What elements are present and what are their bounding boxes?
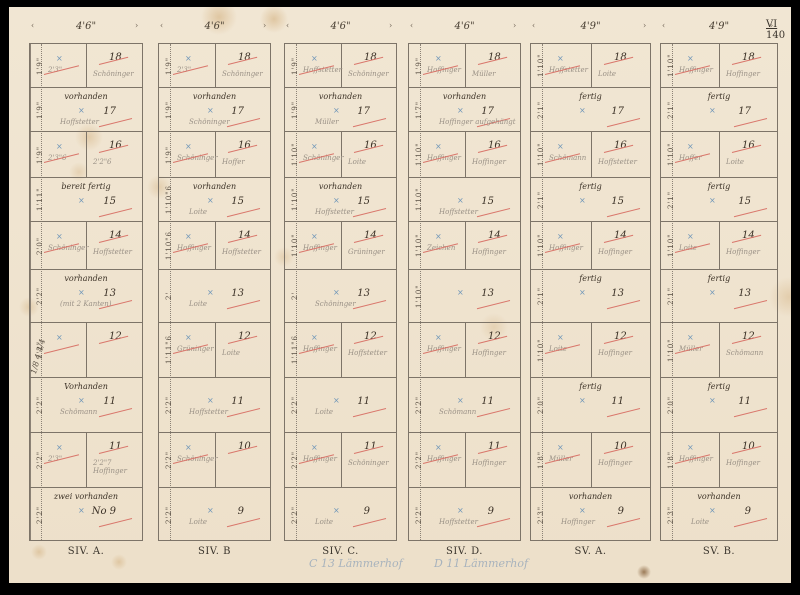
cell-right: 18Müller <box>464 44 520 87</box>
check-cross-icon: × <box>311 232 318 241</box>
cell-pencil-note: Schömann <box>726 349 763 357</box>
cell-pencil-note: Hoffinger <box>679 66 713 74</box>
check-cross-icon: × <box>185 142 192 151</box>
cell-pencil-note: Schöninger <box>222 70 263 78</box>
cell-left: Hoffinger× <box>409 132 466 177</box>
cell-full: vorhanden17×Hoffinger aufgehängt <box>409 88 520 131</box>
schedule-row: 2'2"zwei vorhandenNo 9× <box>30 488 142 542</box>
schedule-row: 2'2"×12 <box>30 323 142 378</box>
check-cross-icon: × <box>311 443 318 452</box>
status-note: fertig <box>661 274 777 283</box>
status-note: fertig <box>661 92 777 101</box>
status-note: bereit fertig <box>30 182 142 191</box>
cell-right: 16Hoffstetter <box>590 132 650 177</box>
check-cross-icon: × <box>333 396 340 405</box>
window-number: 15 <box>481 196 494 207</box>
cell-full: Vorhanden11×Schömann <box>30 378 142 432</box>
schedule-row: 1'10"Hoffinger×18Hoffinger <box>661 44 777 88</box>
check-cross-icon: × <box>709 106 716 115</box>
cell-pencil-note: Hoffinger <box>427 345 461 353</box>
check-cross-icon: × <box>709 196 716 205</box>
status-note: vorhanden <box>30 92 142 101</box>
red-strike-mark <box>734 300 767 309</box>
cell-pencil-note: Hoffstetter <box>60 118 99 126</box>
cell-right: 10Hoffinger <box>590 433 650 487</box>
check-cross-icon: × <box>207 506 214 515</box>
check-cross-icon: × <box>56 232 63 241</box>
status-note: vorhanden <box>285 92 396 101</box>
schedule-row: 2'13×Schöninger <box>285 270 396 323</box>
cell-pencil-note: Schöninger <box>348 459 389 467</box>
check-cross-icon: × <box>333 288 340 297</box>
schedule-row: 2'2"Schöninger×10 <box>159 433 270 488</box>
cell-right: 12Hoffinger <box>590 323 650 377</box>
window-number: 17 <box>738 106 751 117</box>
status-note: vorhanden <box>661 492 777 501</box>
cell-pencil-note: Hoffinger <box>726 248 760 256</box>
cell-pencil-note: Hoffinger <box>303 455 337 463</box>
cell-pencil-note: Hoffinger <box>472 248 506 256</box>
check-cross-icon: × <box>56 142 63 151</box>
check-cross-icon: × <box>56 443 63 452</box>
dimension-arrow-right-icon: › <box>263 21 266 30</box>
check-cross-icon: × <box>185 443 192 452</box>
column-6: 1'10"Hoffinger×18Hoffinger2'1"fertig17×1… <box>660 43 778 541</box>
cell-pencil-note: Loite <box>222 349 240 357</box>
cell-left: Müller× <box>531 433 592 487</box>
red-strike-mark <box>99 118 132 127</box>
cell-left: Hoffinger× <box>285 222 342 269</box>
cell-full: 13×Loite <box>159 270 270 322</box>
window-number: 13 <box>611 288 624 299</box>
cell-full: fertig13× <box>531 270 650 322</box>
check-cross-icon: × <box>557 142 564 151</box>
schedule-row: 2'0"fertig11× <box>661 378 777 433</box>
schedule-row: 1'10"13× <box>409 270 520 323</box>
cell-left: Schöninger× <box>285 132 342 177</box>
column-2: 1'9"2'3"×18Schöninger1'9"vorhanden17×Sch… <box>158 43 271 541</box>
cell-pencil-note: Hoffstetter <box>439 518 478 526</box>
schedule-row: 2'1"fertig15× <box>531 178 650 222</box>
bottom-pencil-note-1: C 13 Lämmerhof <box>309 557 403 570</box>
cell-left: Hoffinger× <box>285 433 342 487</box>
window-number: 11 <box>357 396 370 407</box>
check-cross-icon: × <box>311 54 318 63</box>
column-label: SIV. D. <box>408 546 521 557</box>
red-strike-mark <box>477 300 510 309</box>
schedule-row: 2'2"2'3"×112'2"7 Hoffinger <box>30 433 142 488</box>
cell-pencil-note: Hoffinger <box>549 244 583 252</box>
cell-pencil-note: Müller <box>472 70 496 78</box>
check-cross-icon: × <box>457 396 464 405</box>
red-strike-mark <box>607 300 640 309</box>
red-strike-mark <box>99 518 132 527</box>
cell-right: 14Hoffstetter <box>214 222 270 269</box>
schedule-row: 2'13×Loite <box>159 270 270 323</box>
cell-full: fertig13× <box>661 270 777 322</box>
column-width-dimension: 4'6" <box>455 21 475 32</box>
cell-pencil-note: Schöninger <box>189 118 230 126</box>
check-cross-icon: × <box>207 106 214 115</box>
cell-left: Schöninger× <box>30 222 87 269</box>
schedule-row: 2'1"fertig17× <box>531 88 650 132</box>
check-cross-icon: × <box>709 396 716 405</box>
column-width-dimension: 4'9" <box>581 21 601 32</box>
cell-left: Hoffinger× <box>531 222 592 269</box>
cell-right: 162'2"6 <box>85 132 142 177</box>
cell-pencil-note: Loite <box>598 70 616 78</box>
cell-right: 10Hoffinger <box>718 433 777 487</box>
red-strike-mark <box>734 118 767 127</box>
column-label: SV. A. <box>530 546 651 557</box>
bottom-pencil-note-2: D 11 Lämmerhof <box>434 557 528 570</box>
status-note: Vorhanden <box>30 382 142 391</box>
schedule-row: 1'10"6vorhanden15×Loite <box>159 178 270 222</box>
cell-full: 15×Hoffstetter <box>409 178 520 221</box>
check-cross-icon: × <box>435 232 442 241</box>
window-number: 15 <box>231 196 244 207</box>
cell-pencil-note: Hoffinger <box>177 244 211 252</box>
red-strike-mark <box>99 208 132 217</box>
cell-left: Hoffstetter× <box>531 44 592 87</box>
red-strike-mark <box>99 408 132 417</box>
cell-left: 2'3"× <box>159 44 216 87</box>
cell-left: Hoffinger× <box>159 222 216 269</box>
window-number: 15 <box>611 196 624 207</box>
check-cross-icon: × <box>78 506 85 515</box>
cell-left: Hoffer× <box>661 132 720 177</box>
window-number: 13 <box>103 288 116 299</box>
cell-pencil-note: Hoffstetter <box>315 208 354 216</box>
red-strike-mark <box>227 300 260 309</box>
window-number: 11 <box>103 396 116 407</box>
check-cross-icon: × <box>687 443 694 452</box>
schedule-row: 1'9"vorhanden17×Hoffstetter <box>30 88 142 132</box>
cell-right: 12Hoffinger <box>464 323 520 377</box>
schedule-row: 2'3"vorhanden9×Hoffinger <box>531 488 650 542</box>
cell-full: 9×Loite <box>159 488 270 542</box>
status-note: vorhanden <box>531 492 650 501</box>
cell-left: Schöninger× <box>159 132 216 177</box>
cell-left: Hoffinger× <box>661 433 720 487</box>
dimension-arrow-right-icon: › <box>135 21 138 30</box>
check-cross-icon: × <box>78 396 85 405</box>
cell-left: Hoffstetter× <box>285 44 342 87</box>
cell-right: 18Hoffinger <box>718 44 777 87</box>
schedule-row: 1'10"Hoffstetter×18Loite <box>531 44 650 88</box>
schedule-row: 1'10"Hoffinger×14Hoffinger <box>531 222 650 270</box>
cell-full: 9×Hoffstetter <box>409 488 520 542</box>
schedule-row: 1'10"Schömann×16Hoffstetter <box>531 132 650 178</box>
cell-pencil-note: Hoffstetter <box>439 208 478 216</box>
column-width-dimension: 4'6" <box>76 21 96 32</box>
column-label: SIV. C. <box>284 546 397 557</box>
cell-full: vorhanden15×Hoffstetter <box>285 178 396 221</box>
window-number: 13 <box>357 288 370 299</box>
schedule-row: 1'10"Hoffinger×14Grüninger <box>285 222 396 270</box>
check-cross-icon: × <box>56 333 63 342</box>
schedule-row: 1'8"Hoffinger×10Hoffinger <box>661 433 777 488</box>
cell-pencil-note: Hoffinger <box>726 70 760 78</box>
cell-right: 12Schömann <box>718 323 777 377</box>
schedule-row: 2'2"vorhanden13×(mit 2 Kanten) <box>30 270 142 323</box>
window-number: 11 <box>738 396 751 407</box>
cell-pencil-note: Loite <box>189 208 207 216</box>
schedule-row: 2'1"fertig13× <box>531 270 650 323</box>
red-strike-mark <box>607 208 640 217</box>
column-label: SIV. A. <box>29 546 143 557</box>
column-width-dimension: 4'6" <box>205 21 225 32</box>
window-number: 9 <box>238 506 244 517</box>
schedule-row: 1'9"Hoffinger×18Müller <box>409 44 520 88</box>
cell-full: fertig17× <box>661 88 777 131</box>
cell-right: 18Schöninger <box>340 44 396 87</box>
check-cross-icon: × <box>579 396 586 405</box>
status-note: fertig <box>661 182 777 191</box>
check-cross-icon: × <box>457 506 464 515</box>
dimension-arrow-right-icon: › <box>770 21 773 30</box>
column-width-dimension: 4'6" <box>331 21 351 32</box>
schedule-row: 1'10"Schöninger×16Loite <box>285 132 396 178</box>
column-1: 1'9"2'3"×18Schöninger1'9"vorhanden17×Hof… <box>29 43 143 541</box>
status-note: vorhanden <box>409 92 520 101</box>
check-cross-icon: × <box>557 443 564 452</box>
cell-full: vorhanden9×Loite <box>661 488 777 542</box>
cell-pencil-note: Hoffer <box>222 158 245 166</box>
status-note: fertig <box>531 382 650 391</box>
window-number: 15 <box>103 196 116 207</box>
schedule-row: 2'0"fertig11× <box>531 378 650 433</box>
check-cross-icon: × <box>185 54 192 63</box>
schedule-row: 1'9"2'3"6×162'2"6 <box>30 132 142 178</box>
check-cross-icon: × <box>579 506 586 515</box>
status-note: fertig <box>531 182 650 191</box>
schedule-row: 1'10"15×Hoffstetter <box>409 178 520 222</box>
check-cross-icon: × <box>333 506 340 515</box>
cell-right: 14Hoffstetter <box>85 222 142 269</box>
cell-pencil-note: Loite <box>315 408 333 416</box>
red-strike-mark <box>607 518 640 527</box>
cell-pencil-note: Hoffinger <box>598 349 632 357</box>
red-strike-mark <box>353 300 386 309</box>
schedule-row: 2'1"fertig13× <box>661 270 777 323</box>
cell-left: 2'3"6× <box>30 132 87 177</box>
red-strike-mark <box>607 118 640 127</box>
cell-left: 2'3"× <box>30 44 87 87</box>
window-number: 17 <box>357 106 370 117</box>
cell-pencil-note: Loite <box>189 518 207 526</box>
cell-full: 13× <box>409 270 520 322</box>
cell-right: 18Loite <box>590 44 650 87</box>
schedule-row: 2'1"fertig17× <box>661 88 777 132</box>
document-sheet: VI 140 1/8 4 4/4 4'6"‹›1'9"2'3"×18Schöni… <box>9 7 791 583</box>
cell-left: Hoffinger× <box>661 44 720 87</box>
check-cross-icon: × <box>687 333 694 342</box>
cell-left: Zeichen× <box>409 222 466 269</box>
schedule-row: 2'2"Hoffinger×11Schöninger <box>285 433 396 488</box>
cell-left: Hoffinger× <box>409 433 466 487</box>
cell-full: 11×Hoffstetter <box>159 378 270 432</box>
column-label: SIV. B <box>158 546 271 557</box>
cell-left: × <box>30 323 87 377</box>
cell-pencil-note: Loite <box>315 518 333 526</box>
cell-right: 16Hoffer <box>214 132 270 177</box>
window-number: 13 <box>231 288 244 299</box>
status-note: fertig <box>661 382 777 391</box>
check-cross-icon: × <box>557 54 564 63</box>
cell-right: 18Schöninger <box>85 44 142 87</box>
schedule-row: 1'11"6Grüninger×12Loite <box>159 323 270 378</box>
status-note: fertig <box>531 274 650 283</box>
check-cross-icon: × <box>709 288 716 297</box>
cell-right: 112'2"7 Hoffinger <box>85 433 142 487</box>
window-number: 11 <box>611 396 624 407</box>
window-number: 11 <box>231 396 244 407</box>
check-cross-icon: × <box>457 106 464 115</box>
schedule-row: 1'7"vorhanden17×Hoffinger aufgehängt <box>409 88 520 132</box>
cell-left: Schömann× <box>531 132 592 177</box>
cell-full: fertig17× <box>531 88 650 131</box>
red-strike-mark <box>227 208 260 217</box>
check-cross-icon: × <box>579 106 586 115</box>
column-5: 1'10"Hoffstetter×18Loite2'1"fertig17×1'1… <box>530 43 651 541</box>
cell-full: 13×Schöninger <box>285 270 396 322</box>
status-note: vorhanden <box>285 182 396 191</box>
cell-full: fertig11× <box>531 378 650 432</box>
red-strike-mark <box>227 518 260 527</box>
cell-right: 16Loite <box>340 132 396 177</box>
column-3: 1'9"Hoffstetter×18Schöninger1'9"vorhande… <box>284 43 397 541</box>
schedule-row: 1'9"Schöninger×16Hoffer <box>159 132 270 178</box>
check-cross-icon: × <box>207 396 214 405</box>
dimension-arrow-left-icon: ‹ <box>532 21 535 30</box>
cell-left: Müller× <box>661 323 720 377</box>
schedule-row: 2'2"Hoffinger×11Hoffinger <box>409 433 520 488</box>
cell-pencil-note: Hoffinger <box>561 518 595 526</box>
window-number: 11 <box>481 396 494 407</box>
cell-right: 12Hoffstetter <box>340 323 396 377</box>
red-strike-mark <box>353 408 386 417</box>
schedule-row: 1'10"Loite×12Hoffinger <box>531 323 650 378</box>
cell-left: Loite× <box>661 222 720 269</box>
window-number: 9 <box>364 506 370 517</box>
check-cross-icon: × <box>78 288 85 297</box>
cell-pencil-note: Loite <box>726 158 744 166</box>
window-number: 17 <box>103 106 116 117</box>
cell-right: 11Hoffinger <box>464 433 520 487</box>
cell-pencil-note: Hoffstetter <box>189 408 228 416</box>
window-number: 15 <box>738 196 751 207</box>
cell-right: 18Schöninger <box>214 44 270 87</box>
cell-right: 14Hoffinger <box>590 222 650 269</box>
cell-left: Grüninger× <box>159 323 216 377</box>
cell-pencil-note: Grüninger <box>348 248 385 256</box>
cell-pencil-note: Hoffinger <box>472 459 506 467</box>
cell-pencil-note: Hoffinger <box>427 66 461 74</box>
window-number: 13 <box>481 288 494 299</box>
status-note: zwei vorhanden <box>30 492 142 501</box>
window-number: No 9 <box>92 506 116 517</box>
schedule-row: 1'9"2'3"×18Schöninger <box>30 44 142 88</box>
schedule-row: 2'2"9×Hoffstetter <box>409 488 520 542</box>
cell-full: vorhanden17×Müller <box>285 88 396 131</box>
cell-right: 14Hoffinger <box>464 222 520 269</box>
check-cross-icon: × <box>185 333 192 342</box>
cell-left: 2'3"× <box>30 433 87 487</box>
cell-full: 11×Schömann <box>409 378 520 432</box>
cell-pencil-note: Loite <box>348 158 366 166</box>
cell-pencil-note: Hoffstetter <box>348 349 387 357</box>
cell-pencil-note: Hoffinger <box>303 345 337 353</box>
schedule-row: 1'8"Müller×10Hoffinger <box>531 433 650 488</box>
check-cross-icon: × <box>333 106 340 115</box>
cell-left: Schöninger× <box>159 433 216 487</box>
cell-pencil-note: (mit 2 Kanten) <box>60 300 111 308</box>
cell-pencil-note: Hoffinger <box>726 459 760 467</box>
check-cross-icon: × <box>687 54 694 63</box>
schedule-row: 2'2"11×Hoffstetter <box>159 378 270 433</box>
red-strike-mark <box>44 344 79 354</box>
schedule-row: 1'10"Hoffinger×16Hoffinger <box>409 132 520 178</box>
check-cross-icon: × <box>579 288 586 297</box>
red-strike-mark <box>227 408 260 417</box>
dimension-arrow-left-icon: ‹ <box>662 21 665 30</box>
cell-pencil-note: Hoffinger <box>472 349 506 357</box>
schedule-row: Hoffinger×12Hoffinger <box>409 323 520 378</box>
schedule-row: 1'9"2'3"×18Schöninger <box>159 44 270 88</box>
window-number: 15 <box>357 196 370 207</box>
check-cross-icon: × <box>687 232 694 241</box>
check-cross-icon: × <box>435 333 442 342</box>
cell-left: Hoffinger× <box>285 323 342 377</box>
cell-pencil-note: Loite <box>189 300 207 308</box>
check-cross-icon: × <box>207 288 214 297</box>
cell-left: Loite× <box>531 323 592 377</box>
red-strike-mark <box>477 518 510 527</box>
red-strike-mark <box>227 118 260 127</box>
status-note: vorhanden <box>159 92 270 101</box>
column-width-dimension: 4'9" <box>709 21 729 32</box>
cell-full: vorhanden9×Hoffinger <box>531 488 650 542</box>
window-number: 17 <box>231 106 244 117</box>
cell-right: 10 <box>214 433 270 487</box>
cell-right: 12Loite <box>214 323 270 377</box>
cell-right: 11Schöninger <box>340 433 396 487</box>
cell-pencil-note: Hoffstetter <box>222 248 261 256</box>
check-cross-icon: × <box>78 106 85 115</box>
cell-full: vorhanden15×Loite <box>159 178 270 221</box>
red-strike-mark <box>477 408 510 417</box>
red-strike-mark <box>734 208 767 217</box>
check-cross-icon: × <box>311 142 318 151</box>
schedule-row: 2'2"11×Schömann <box>409 378 520 433</box>
cell-pencil-note: Hoffinger <box>303 244 337 252</box>
cell-pencil-note: Hoffinger aufgehängt <box>439 118 516 126</box>
check-cross-icon: × <box>311 333 318 342</box>
check-cross-icon: × <box>457 196 464 205</box>
schedule-row: 1'10"Müller×12Schömann <box>661 323 777 378</box>
cell-pencil-note: Hoffinger <box>472 158 506 166</box>
window-number: 9 <box>618 506 624 517</box>
schedule-row: 1'9"vorhanden17×Müller <box>285 88 396 132</box>
check-cross-icon: × <box>207 196 214 205</box>
cell-full: fertig15× <box>531 178 650 221</box>
dimension-arrow-right-icon: › <box>513 21 516 30</box>
check-cross-icon: × <box>78 196 85 205</box>
schedule-row: 1'9"Hoffstetter×18Schöninger <box>285 44 396 88</box>
check-cross-icon: × <box>56 54 63 63</box>
cell-full: 11×Loite <box>285 378 396 432</box>
